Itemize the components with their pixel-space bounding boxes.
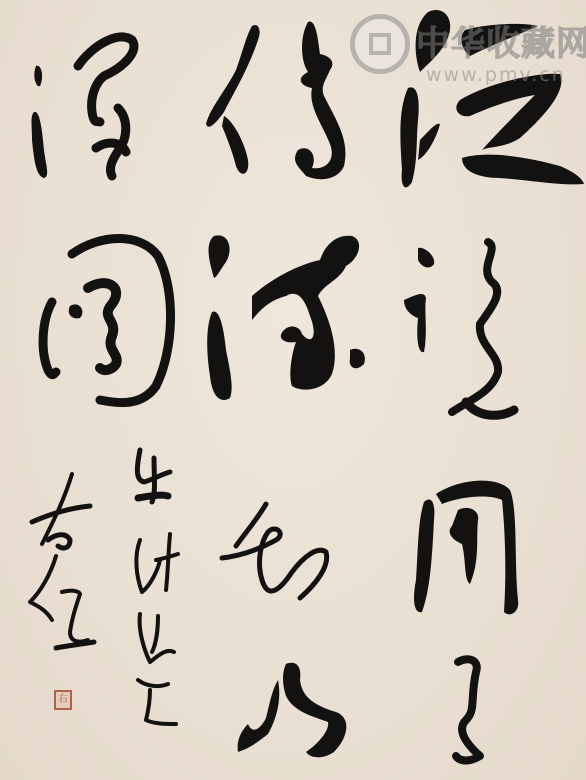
char-shi: [222, 504, 327, 598]
char-song: [207, 235, 365, 400]
watermark-url: www.pmv.cn: [426, 64, 566, 86]
char-left-shi: [32, 37, 134, 178]
watermark-logo-square: [369, 33, 391, 55]
char-sheng: [456, 659, 480, 760]
watermark: 中华收藏网 www.pmv.cn: [350, 14, 586, 86]
calligraphy-ink-strokes: [0, 0, 586, 780]
seal-glyph: 右: [56, 692, 70, 708]
calligraphy-artwork: 中华收藏网 www.pmv.cn 右: [0, 0, 586, 780]
char-chuan: [206, 22, 345, 180]
char-you: [414, 481, 518, 615]
char-feng: [238, 663, 347, 757]
watermark-title: 中华收藏网: [416, 16, 586, 65]
char-left-feng: [43, 239, 170, 403]
signature-column: [30, 474, 94, 648]
inscription-column: [136, 450, 178, 724]
watermark-logo-icon: [350, 14, 410, 74]
char-liu: [404, 242, 514, 415]
artist-seal: 右: [54, 690, 72, 710]
